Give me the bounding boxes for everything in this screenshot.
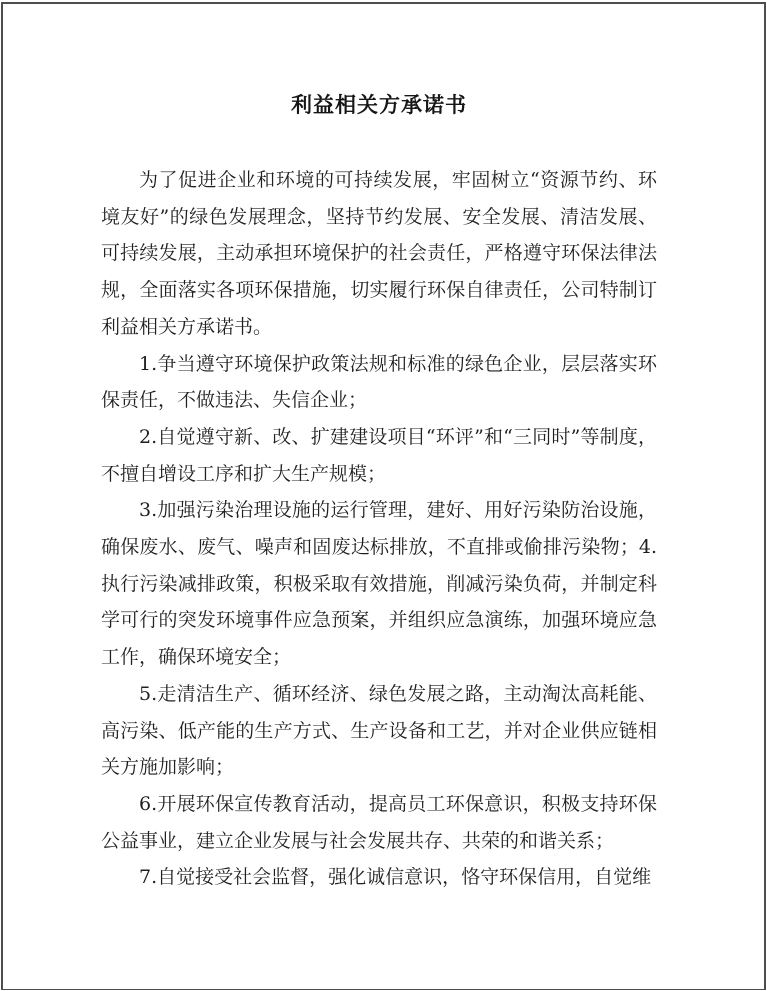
paragraph-item-2: 2.自觉遵守新、改、扩建建设项目“环评”和“三同时”等制度，不擅自增设工序和扩大… (101, 419, 657, 492)
paragraph-item-1: 1.争当遵守环境保护政策法规和标准的绿色企业，层层落实环保责任，不做违法、失信企… (101, 346, 657, 419)
paragraph-item-5: 5.走清洁生产、循环经济、绿色发展之路，主动淘汰高耗能、高污染、低产能的生产方式… (101, 676, 657, 786)
paragraph-item-7: 7.自觉接受社会监督，强化诚信意识，恪守环保信用，自觉维 (101, 859, 657, 896)
paragraph-item-3-4: 3.加强污染治理设施的运行管理，建好、用好污染防治设施，确保废水、废气、噪声和固… (101, 492, 657, 676)
document-page: 利益相关方承诺书 为了促进企业和环境的可持续发展，牢固树立“资源节约、环境友好”… (1, 2, 766, 990)
document-body: 为了促进企业和环境的可持续发展，牢固树立“资源节约、环境友好”的绿色发展理念，坚… (101, 162, 657, 896)
document-content: 利益相关方承诺书 为了促进企业和环境的可持续发展，牢固树立“资源节约、环境友好”… (101, 4, 657, 896)
document-title: 利益相关方承诺书 (101, 4, 657, 124)
paragraph-item-6: 6.开展环保宣传教育活动，提高员工环保意识，积极支持环保公益事业，建立企业发展与… (101, 786, 657, 859)
paragraph-intro: 为了促进企业和环境的可持续发展，牢固树立“资源节约、环境友好”的绿色发展理念，坚… (101, 162, 657, 346)
